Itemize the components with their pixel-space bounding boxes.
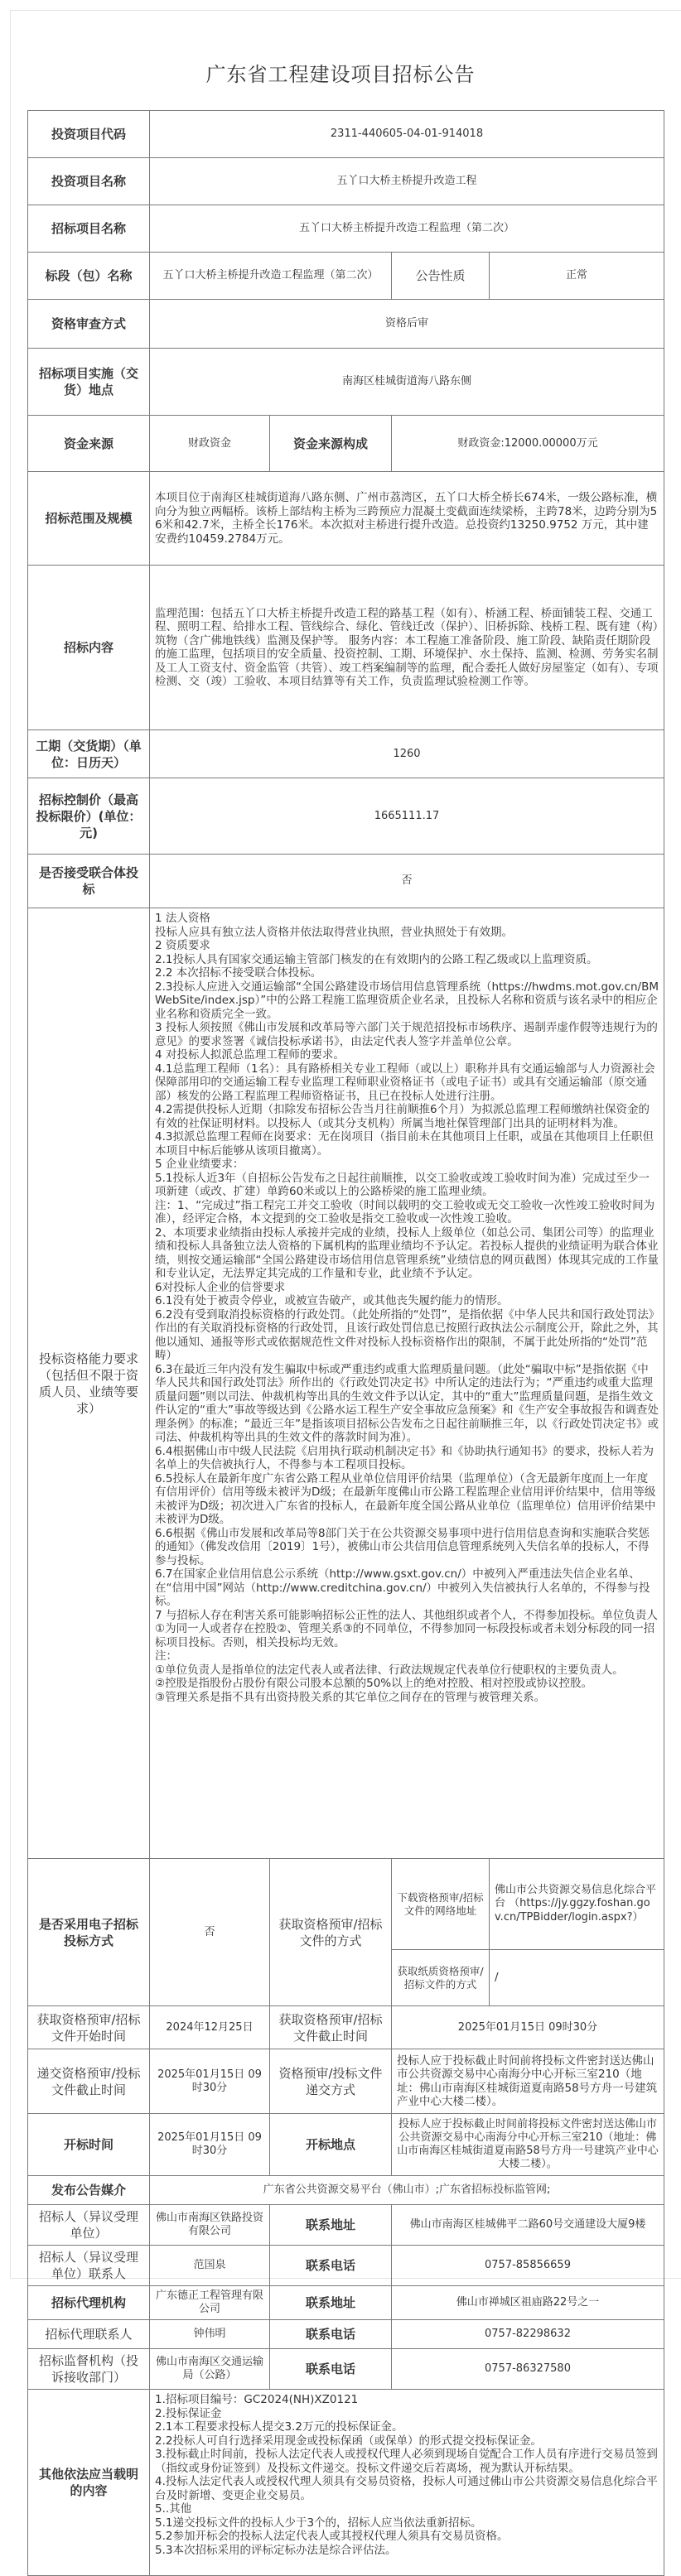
label-consortium: 是否接受联合体投标: [28, 855, 150, 908]
qual-line: 2、本项要求业绩指由投标人承接并完成的业绩，投标人上级单位（如总公司、集团公司等…: [155, 1226, 659, 1281]
row-agency: 招标代理机构 广东德正工程管理有限公司 联系地址 佛山市禅城区祖庙路22号之一: [28, 2286, 664, 2320]
label-tenderer-phone: 联系电话: [270, 2246, 392, 2286]
label-project-name: 投资项目名称: [28, 158, 150, 205]
value-tenderer-phone: 0757-85856659: [392, 2246, 664, 2286]
value-tenderer-contact: 范国泉: [150, 2246, 270, 2286]
other-line: 5.2参加开标会的投标人法定代表人或其授权代理人须具有交易员资格。: [155, 2530, 659, 2544]
qual-line: 6.7在国家企业信用信息公示系统（http://www.gsxt.gov.cn/…: [155, 1567, 659, 1609]
qual-line: 5.1投标人近3年（自招标公告发布之日起往前顺推，以交工验收或竣工验收时间为准）…: [155, 1172, 659, 1199]
row-other: 其他依法应当载明的内容 1.招标项目编号：GC2024(NH)XZ0121 2.…: [28, 2390, 664, 2576]
other-line: 2.2投标人可自行选择采用现金或投标保函（或保单）的形式提交投标保证金。: [155, 2434, 659, 2448]
qual-line: 6.4根据佛山市中级人民法院《启用执行联动机制决定书》和《协助执行通知书》的要求…: [155, 1445, 659, 1472]
value-media: 广东省公共资源交易平台（佛山市）;广东省招标投标监管网;: [150, 2176, 664, 2205]
label-control-price: 招标控制价（最高投标限价）(单位：元): [28, 778, 150, 855]
label-submit-method: 资格预审/投标文件递交方式: [270, 2049, 392, 2114]
value-notice-nature: 正常: [490, 253, 664, 300]
label-scope: 招标范围及规模: [28, 472, 150, 566]
label-tenderer: 招标人（异议受理单位）: [28, 2205, 150, 2246]
qual-line: 投标人应具有独立法人资格并依法取得营业执照，营业执照处于有效期。: [155, 926, 659, 940]
row-agency-contact: 招标代理联系人 钟伟明 联系电话 0757-82298632: [28, 2320, 664, 2349]
value-agency: 广东德正工程管理有限公司: [150, 2286, 270, 2320]
value-control-price: 1665111.17: [150, 778, 664, 855]
qual-line: 1 法人资格: [155, 912, 659, 926]
row-section-name: 标段（包）名称 五丫口大桥主桥提升改造工程监理（第二次） 公告性质 正常: [28, 253, 664, 300]
value-tenderer: 佛山市南海区铁路投资有限公司: [150, 2205, 270, 2246]
label-opening-place: 开标地点: [270, 2114, 392, 2176]
row-supervisor: 招标监督机构（投诉接收部门） 佛山市南海区交通运输局（公路） 联系电话 0757…: [28, 2349, 664, 2390]
label-duration: 工期（交货期）（单位：日历天）: [28, 730, 150, 778]
label-agency-contact: 招标代理联系人: [28, 2320, 150, 2349]
value-funding: 财政资金: [150, 416, 270, 472]
qual-line: 6.2没有受到取消投标资格的行政处罚。（此处所指的“处罚”，是指依据《中华人民共…: [155, 1308, 659, 1363]
value-opening-time: 2025年01月15日 09时30分: [150, 2114, 270, 2176]
value-tenderer-address: 佛山市南海区桂城佛平二路60号交通建设大厦9楼: [392, 2205, 664, 2246]
value-other: 1.招标项目编号：GC2024(NH)XZ0121 2.投标保证金 2.1本工程…: [150, 2390, 664, 2576]
value-qualification: 1 法人资格 投标人应具有独立法人资格并依法取得营业执照，营业执照处于有效期。 …: [150, 908, 664, 1859]
row-tender-name: 招标项目名称 五丫口大桥主桥提升改造工程监理（第二次）: [28, 205, 664, 253]
qual-line: 4.1总监理工程师（1名）：具有路桥相关专业工程师（或以上）职称并具有交通运输部…: [155, 1062, 659, 1104]
label-funding: 资金来源: [28, 416, 150, 472]
qual-line: 2 资质要求: [155, 939, 659, 953]
value-agency-phone: 0757-82298632: [392, 2320, 664, 2349]
label-qualification: 投标资格能力要求（包括但不限于资质人员、业绩等要求）: [28, 908, 150, 1859]
qual-line: 2.2 本次招标不接受联合体投标。: [155, 966, 659, 980]
qual-line: 4 对投标人拟派总监理工程师的要求。: [155, 1048, 659, 1062]
qual-line: 5 企业业绩要求：: [155, 1158, 659, 1172]
value-supervisor: 佛山市南海区交通运输局（公路）: [150, 2349, 270, 2390]
qual-line: 6.3在最近三年内没有发生骗取中标或严重违约或重大监理质量问题。（此处“骗取中标…: [155, 1363, 659, 1445]
row-media: 发布公告媒介 广东省公共资源交易平台（佛山市）;广东省招标投标监管网;: [28, 2176, 664, 2205]
qual-line: 4.3拟派总监理工程师在岗要求：无在岗项目（指目前未在其他项目上任职，或虽在其他…: [155, 1130, 659, 1158]
qual-line: 2.1投标人具有国家交通运输主管部门核发的在有效期内的公路工程乙级或以上监理资质…: [155, 953, 659, 967]
row-duration: 工期（交货期）（单位：日历天） 1260: [28, 730, 664, 778]
value-scope: 本项目位于南海区桂城街道海八路东侧、广州市荔湾区，五丫口大桥全桥长674米，一级…: [150, 472, 664, 566]
label-supervisor-phone: 联系电话: [270, 2349, 392, 2390]
other-line: 2.1本工程要求投标人提交3.2万元的投标保证金。: [155, 2420, 659, 2434]
label-agency-phone: 联系电话: [270, 2320, 392, 2349]
label-media: 发布公告媒介: [28, 2176, 150, 2205]
label-tender-name: 招标项目名称: [28, 205, 150, 253]
row-qualification: 投标资格能力要求（包括但不限于资质人员、业绩等要求） 1 法人资格 投标人应具有…: [28, 908, 664, 1859]
label-other: 其他依法应当载明的内容: [28, 2390, 150, 2576]
value-section-name: 五丫口大桥主桥提升改造工程监理（第二次）: [150, 253, 392, 300]
value-download-address[interactable]: 佛山市公共资源交易信息化综合平台 （https://jy.ggzy.foshan…: [490, 1859, 664, 1950]
label-supervisor: 招标监督机构（投诉接收部门）: [28, 2349, 150, 2390]
value-obtain-end: 2025年01月15日 09时30分: [392, 2006, 664, 2049]
value-location: 南海区桂城街道海八路东侧: [150, 349, 664, 416]
label-location: 招标项目实施（交货）地点: [28, 349, 150, 416]
qual-line: 4.2需提供投标人近期（扣除发布招标公告当月往前顺推6个月）为拟派总监理工程师缴…: [155, 1103, 659, 1130]
value-consortium: 否: [150, 855, 664, 908]
other-line: 2.投标保证金: [155, 2407, 659, 2421]
other-line: 5.1递交投标文件的投标人少于3个的，招标人应当依法重新招标。: [155, 2516, 659, 2530]
label-obtain-method: 获取资格预审/招标文件的方式: [270, 1859, 392, 2006]
label-tenderer-contact: 招标人（异议受理单位）联系人: [28, 2246, 150, 2286]
label-content: 招标内容: [28, 566, 150, 730]
value-obtain-start: 2024年12月25日: [150, 2006, 270, 2049]
label-obtain-start: 获取资格预审/招标文件开始时间: [28, 2006, 150, 2049]
label-agency-address: 联系地址: [270, 2286, 392, 2320]
value-agency-contact: 钟伟明: [150, 2320, 270, 2349]
value-supervisor-phone: 0757-86327580: [392, 2349, 664, 2390]
label-download-address: 下载资格预审/招标文件的网络地址: [392, 1859, 490, 1950]
row-scope: 招标范围及规模 本项目位于南海区桂城街道海八路东侧、广州市荔湾区，五丫口大桥全桥…: [28, 472, 664, 566]
row-consortium: 是否接受联合体投标 否: [28, 855, 664, 908]
other-line: 5.3本次招标采用的评标定标办法是综合评估法。: [155, 2544, 659, 2558]
qual-line: 6.1没有处于被责令停业，或被宣告破产，或其他丧失履约能力的情形。: [155, 1294, 659, 1308]
other-line: 1.招标项目编号：GC2024(NH)XZ0121: [155, 2393, 659, 2407]
label-agency: 招标代理机构: [28, 2286, 150, 2320]
value-electronic: 否: [150, 1859, 270, 2006]
value-submit-deadline: 2025年01月15日 09时30分: [150, 2049, 270, 2114]
row-electronic-1: 是否采用电子招标投标方式 否 获取资格预审/招标文件的方式 下载资格预审/招标文…: [28, 1859, 664, 1950]
qual-line: ①单位负责人是指单位的法定代表人或者法律、行政法规规定代表单位行使职权的主要负责…: [155, 1664, 659, 1678]
value-duration: 1260: [150, 730, 664, 778]
value-project-code: 2311-440605-04-01-914018: [150, 111, 664, 158]
other-line: 5..其他: [155, 2502, 659, 2516]
qual-line: ③管理关系是指不具有出资持股关系的其它单位之间存在的管理与被管理关系。: [155, 1691, 659, 1705]
row-funding: 资金来源 财政资金 资金来源构成 财政资金:12000.00000万元: [28, 416, 664, 472]
row-content: 招标内容 监理范围：包括五丫口大桥主桥提升改造工程的路基工程（如有）、桥涵工程、…: [28, 566, 664, 730]
notice-table: 投资项目代码 2311-440605-04-01-914018 投资项目名称 五…: [27, 110, 664, 2576]
qual-line: ②控股是指股份占股份有限公司股本总额的50%以上的绝对控股、相对控股或协议控股。: [155, 1677, 659, 1691]
label-submit-deadline: 递交资格预审/投标文件截止时间: [28, 2049, 150, 2114]
row-obtain-time: 获取资格预审/招标文件开始时间 2024年12月25日 获取资格预审/招标文件截…: [28, 2006, 664, 2049]
qual-line: 7 与招标人存在利害关系可能影响招标公正性的法人、其他组织或者个人，不得参加投标…: [155, 1609, 659, 1650]
qual-line: 3 投标人须按照《佛山市发展和改革局等六部门关于规范招投标市场秩序、遏制弄虚作假…: [155, 1021, 659, 1048]
label-obtain-end: 获取资格预审/招标文件截止时间: [270, 2006, 392, 2049]
value-paper-method: /: [490, 1950, 664, 2006]
row-project-code: 投资项目代码 2311-440605-04-01-914018: [28, 111, 664, 158]
row-submit: 递交资格预审/投标文件截止时间 2025年01月15日 09时30分 资格预审/…: [28, 2049, 664, 2114]
label-funding-composition: 资金来源构成: [270, 416, 392, 472]
qual-line: 6.6根据《佛山市发展和改革局等8部门关于在公共资源交易事项中进行信用信息查询和…: [155, 1527, 659, 1568]
label-notice-nature: 公告性质: [392, 253, 490, 300]
row-tenderer-contact: 招标人（异议受理单位）联系人 范国泉 联系电话 0757-85856659: [28, 2246, 664, 2286]
label-paper-method: 获取纸质资格预审/招标文件的方式: [392, 1950, 490, 2006]
qual-line: 6对投标人企业的信誉要求: [155, 1281, 659, 1295]
page-title: 广东省工程建设项目招标公告: [0, 58, 681, 87]
qual-line: 注：1、“完成过”指工程完工并交工验收（时间以载明的交工验收或无交工验收一次性竣…: [155, 1199, 659, 1226]
label-opening-time: 开标时间: [28, 2114, 150, 2176]
value-review-method: 资格后审: [150, 300, 664, 349]
row-project-name: 投资项目名称 五丫口大桥主桥提升改造工程: [28, 158, 664, 205]
value-agency-address: 佛山市禅城区祖庙路22号之一: [392, 2286, 664, 2320]
other-line: 3.投标截止时间前，投标人法定代表人或授权代理人必须到现场自觉配合工作人员有序进…: [155, 2448, 659, 2475]
qual-line: 2.3投标人应进入交通运输部“全国公路建设市场信用信息管理系统（https://…: [155, 980, 659, 1022]
value-project-name: 五丫口大桥主桥提升改造工程: [150, 158, 664, 205]
row-location: 招标项目实施（交货）地点 南海区桂城街道海八路东侧: [28, 349, 664, 416]
value-content: 监理范围：包括五丫口大桥主桥提升改造工程的路基工程（如有）、桥涵工程、桥面铺装工…: [150, 566, 664, 730]
qual-line: 注：: [155, 1649, 659, 1664]
qual-line: 6.5投标人在最新年度广东省公路工程从业单位信用评价结果（监理单位）（含无最新年…: [155, 1472, 659, 1527]
label-project-code: 投资项目代码: [28, 111, 150, 158]
row-review-method: 资格审查方式 资格后审: [28, 300, 664, 349]
label-tenderer-address: 联系地址: [270, 2205, 392, 2246]
value-opening-place: 投标人应于投标截止时间前将投标文件密封送达佛山市公共资源交易中心南海分中心开标三…: [392, 2114, 664, 2176]
label-electronic: 是否采用电子招标投标方式: [28, 1859, 150, 2006]
value-submit-method: 投标人应于投标截止时间前将投标文件密封送达佛山市公共资源交易中心南海分中心开标三…: [392, 2049, 664, 2114]
label-section-name: 标段（包）名称: [28, 253, 150, 300]
value-tender-name: 五丫口大桥主桥提升改造工程监理（第二次）: [150, 205, 664, 253]
other-line: 4.投标人法定代表人或授权代理人须具有交易员资格，投标人可通过佛山市公共资源交易…: [155, 2475, 659, 2502]
value-funding-composition: 财政资金:12000.00000万元: [392, 416, 664, 472]
row-opening: 开标时间 2025年01月15日 09时30分 开标地点 投标人应于投标截止时间…: [28, 2114, 664, 2176]
row-control-price: 招标控制价（最高投标限价）(单位：元) 1665111.17: [28, 778, 664, 855]
row-tenderer: 招标人（异议受理单位） 佛山市南海区铁路投资有限公司 联系地址 佛山市南海区桂城…: [28, 2205, 664, 2246]
label-review-method: 资格审查方式: [28, 300, 150, 349]
